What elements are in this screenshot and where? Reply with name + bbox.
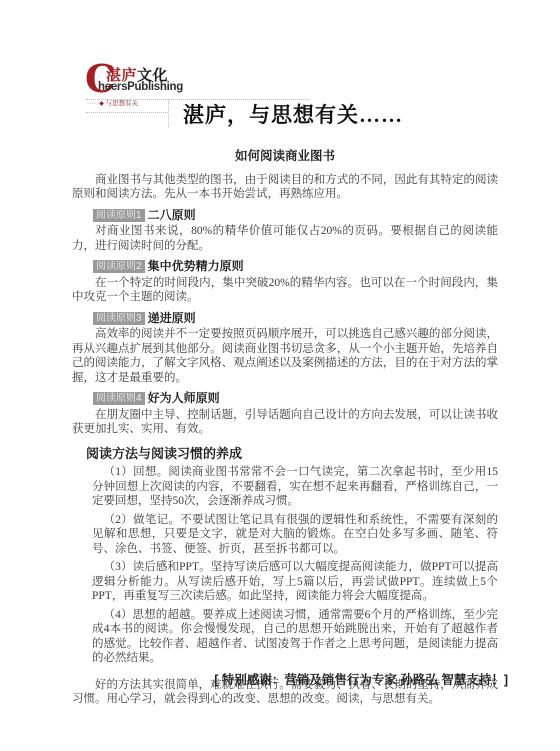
method-item-1: （1）回想。阅读商业图书常常不会一口气读完，第二次拿起书时，至少用15分钟回想上… bbox=[92, 465, 498, 509]
diamond-icon: ◆ bbox=[99, 101, 104, 107]
principle-2-heading: 阅读原则2集中优势精力原则 bbox=[93, 259, 498, 275]
page-title: 湛庐，与思想有关…… bbox=[183, 103, 403, 127]
principle-1-badge: 阅读原则1 bbox=[93, 209, 145, 222]
principle-4-body: 在朋友圈中主导、控制话题，引导话题向自己设计的方向去发展，可以让读书收获更加扎实… bbox=[72, 408, 498, 437]
principle-4-badge: 阅读原则4 bbox=[93, 392, 145, 405]
credits-line: [ 特别感谢：营销及销售行为专家 孙路弘 智慧支持！] bbox=[72, 670, 508, 688]
dotted-divider-logo-underline bbox=[86, 112, 168, 113]
dotted-divider-horizontal bbox=[86, 99, 308, 100]
document-page: C 湛庐文化 heersPublishing ······· ◆ 与思想有关 湛… bbox=[0, 0, 560, 751]
principle-1-title: 二八原则 bbox=[148, 208, 196, 222]
tagline-dashes: ······· bbox=[86, 100, 98, 107]
principle-3-body: 高效率的阅读并不一定要按照页码顺序展开，可以挑选自己感兴趣的部分阅读，再从兴趣点… bbox=[72, 327, 498, 385]
method-item-3: （3）读后感和PPT。坚持写读后感可以大幅度提高阅读能力，做PPT可以提高逻辑分… bbox=[92, 560, 498, 604]
methods-section-heading: 阅读方法与阅读习惯的养成 bbox=[86, 447, 498, 462]
document-content: 如何阅读商业图书 商业图书与其他类型的图书，由于阅读目的和方式的不同，因此有其特… bbox=[72, 149, 498, 707]
intro-paragraph: 商业图书与其他类型的图书，由于阅读目的和方式的不同，因此有其特定的阅读原则和阅读… bbox=[72, 173, 498, 202]
principle-1-body: 对商业图书来说，80%的精华价值可能仅占20%的页码。要根据自己的阅读能力，进行… bbox=[72, 224, 498, 253]
principle-2-title: 集中优势精力原则 bbox=[148, 259, 244, 273]
method-item-2: （2）做笔记。不要试图让笔记具有很强的逻辑性和系统性，不需要有深刻的见解和思想，… bbox=[92, 513, 498, 557]
principle-4-heading: 阅读原则4好为人师原则 bbox=[93, 391, 498, 407]
method-item-4: （4）思想的超越。要养成上述阅读习惯，通常需要6个月的严格训练，至少完成4本书的… bbox=[92, 608, 498, 666]
dotted-divider-vertical bbox=[168, 99, 169, 128]
cheers-publishing-logo: C 湛庐文化 heersPublishing ······· ◆ 与思想有关 bbox=[85, 64, 175, 114]
principle-4-title: 好为人师原则 bbox=[148, 391, 220, 405]
article-title: 如何阅读商业图书 bbox=[72, 149, 498, 164]
principle-2-badge: 阅读原则2 bbox=[93, 260, 145, 273]
logo-tagline: ······· ◆ 与思想有关 bbox=[86, 100, 138, 108]
tagline-text: 与思想有关 bbox=[106, 100, 139, 107]
principle-3-heading: 阅读原则3递进原则 bbox=[93, 311, 498, 327]
principle-3-title: 递进原则 bbox=[148, 311, 196, 325]
logo-english-name: heersPublishing bbox=[98, 81, 183, 93]
principle-3-badge: 阅读原则3 bbox=[93, 312, 145, 325]
principle-1-heading: 阅读原则1二八原则 bbox=[93, 208, 498, 224]
principle-2-body: 在一个特定的时间段内，集中突破20%的精华内容。也可以在一个时间段内，集中攻克一… bbox=[72, 276, 498, 305]
